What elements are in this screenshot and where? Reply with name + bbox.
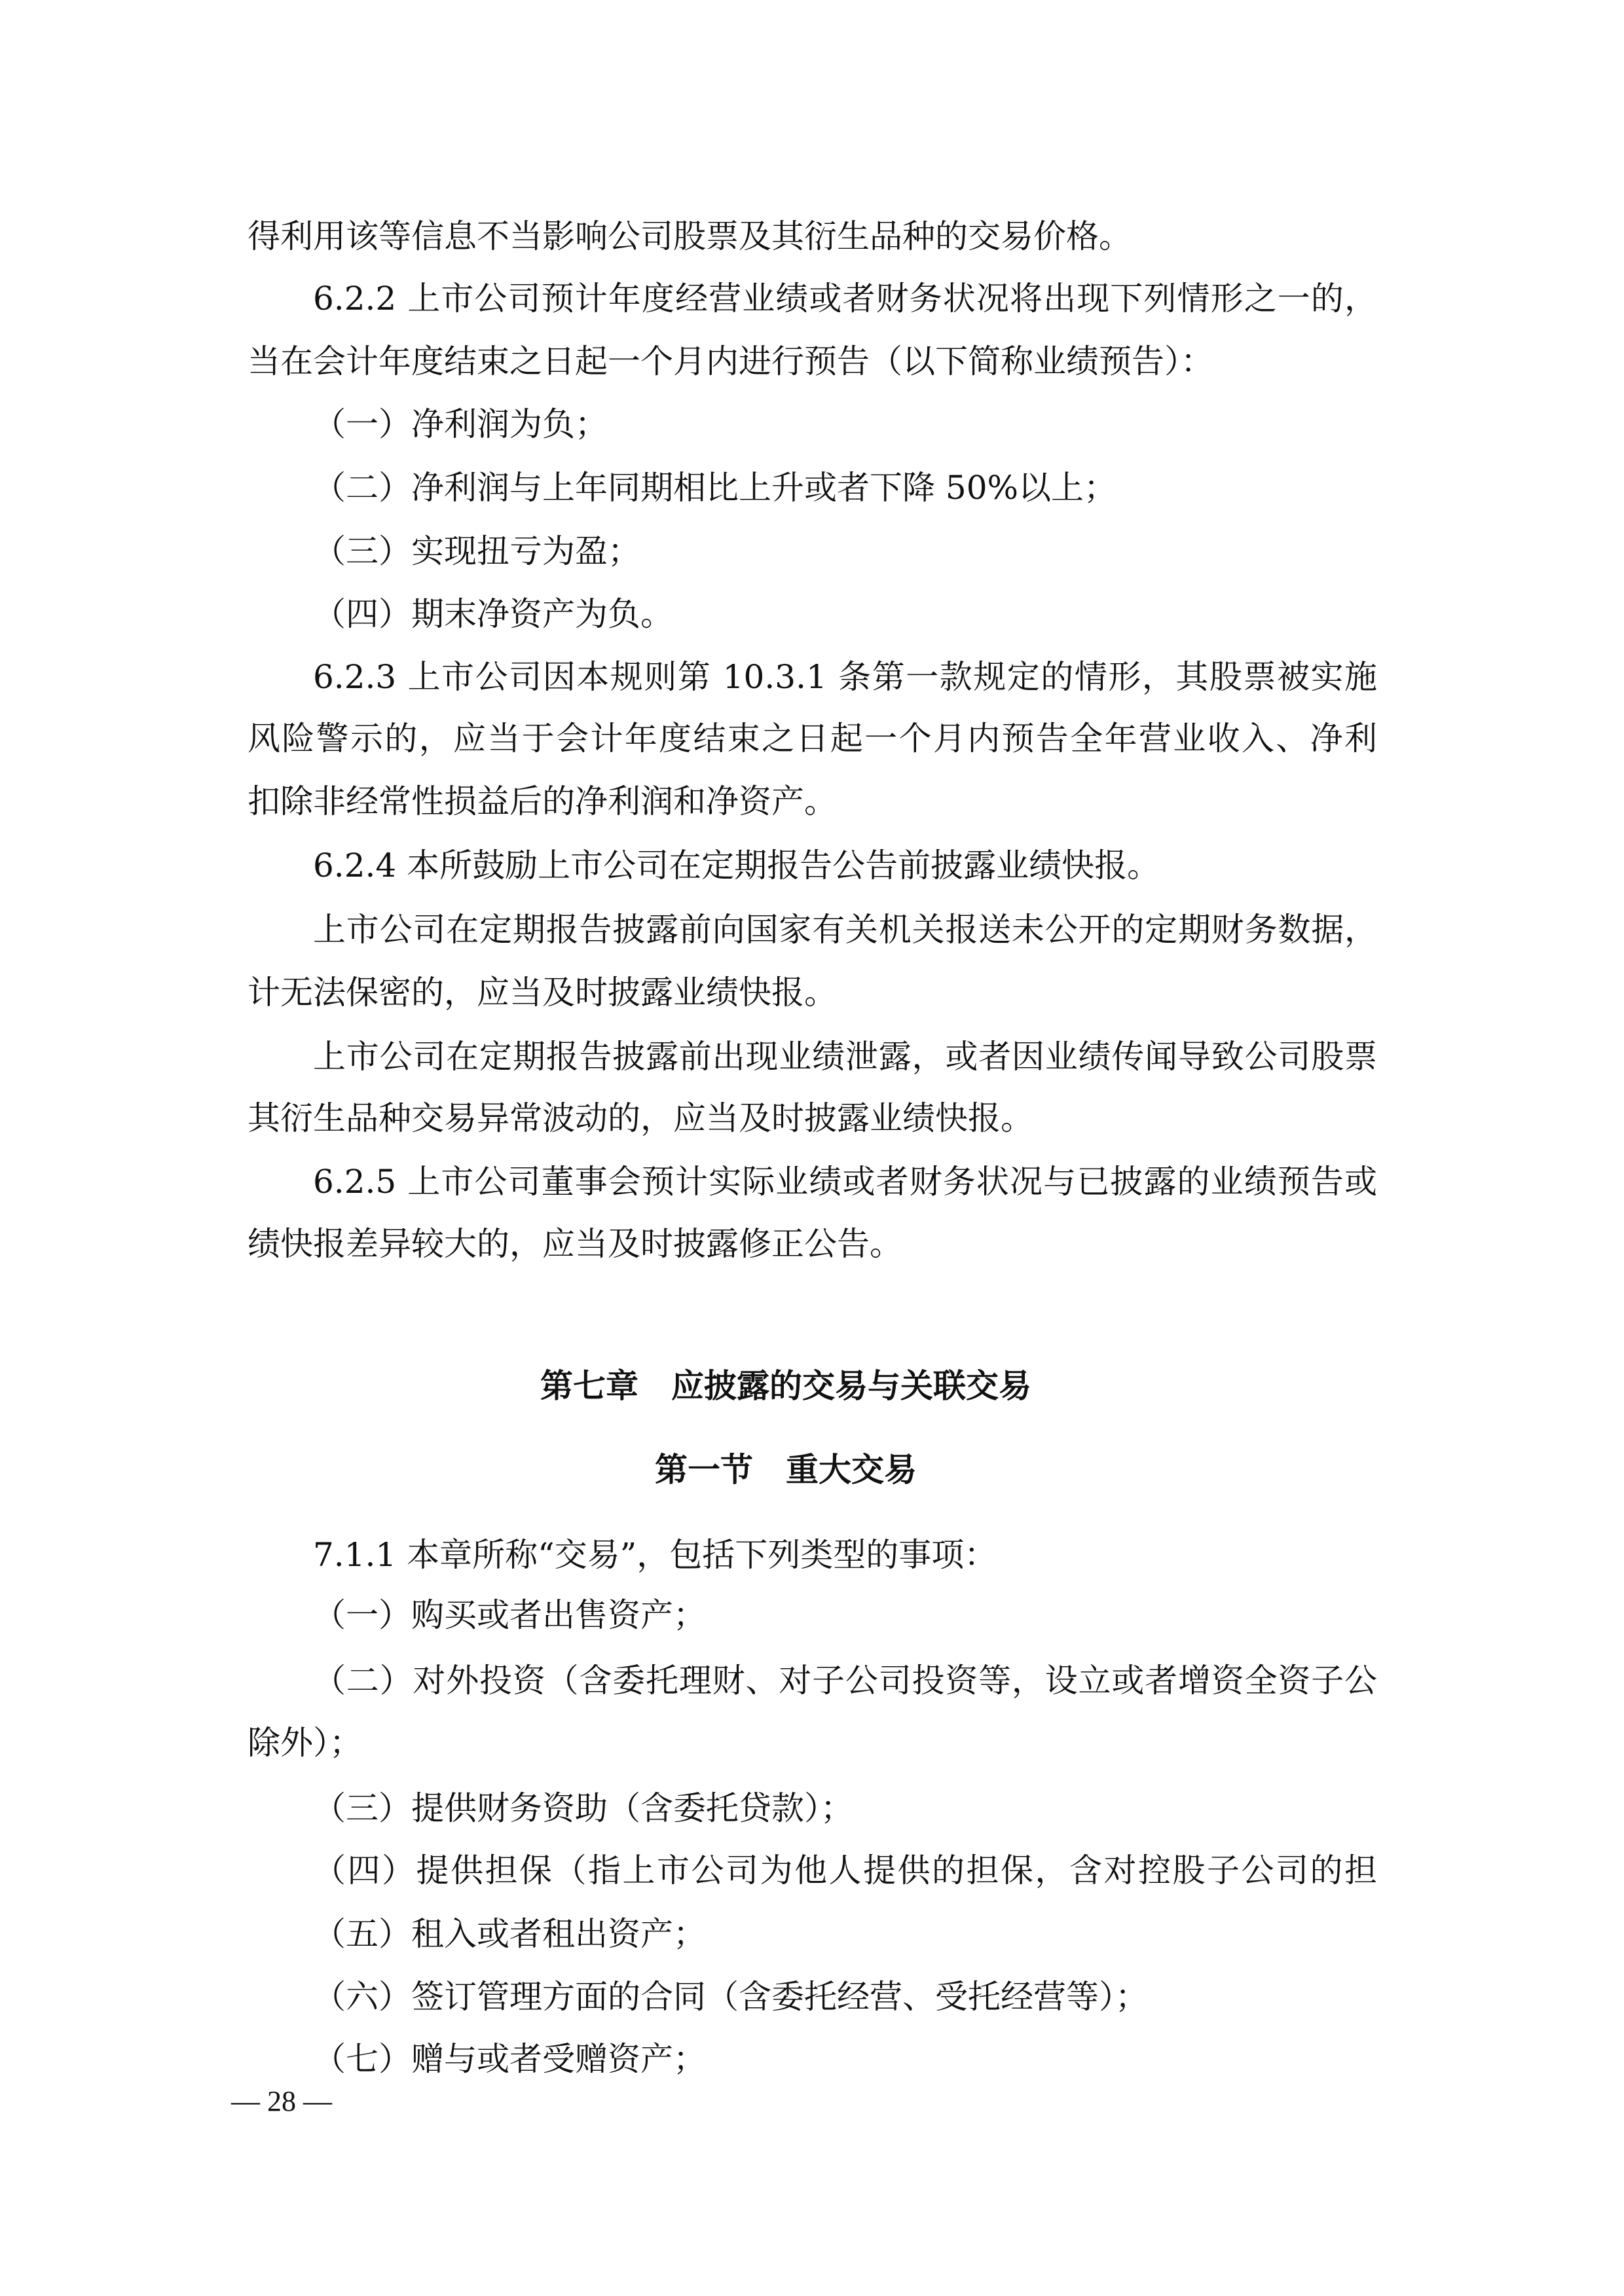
article-6-2-5-line: 6.2.5 上市公司董事会预计实际业绩或者财务状况与已披露的业绩预告或业 <box>313 1159 1377 1205</box>
paragraph-line: 上市公司在定期报告披露前向国家有关机关报送未公开的定期财务数据，预 <box>313 907 1377 953</box>
list-item-continuation: 除外）； <box>248 1720 1377 1766</box>
list-item: （二）净利润与上年同期相比上升或者下降 50%以上； <box>313 465 1377 511</box>
list-item: （六）签订管理方面的合同（含委托经营、受托经营等）； <box>313 1974 1377 2020</box>
article-6-2-2-line: 6.2.2 上市公司预计年度经营业绩或者财务状况将出现下列情形之一的，应 <box>313 276 1377 321</box>
list-item: （一）购买或者出售资产； <box>313 1592 1377 1638</box>
chapter-heading: 第七章 应披露的交易与关联交易 <box>0 1363 1598 1409</box>
article-6-2-3-line: 6.2.3 上市公司因本规则第 10.3.1 条第一款规定的情形，其股票被实施退… <box>313 654 1377 700</box>
document-page: 得利用该等信息不当影响公司股票及其衍生品种的交易价格。 6.2.2 上市公司预计… <box>0 0 1624 2296</box>
section-heading: 第一节 重大交易 <box>0 1447 1598 1493</box>
paragraph-line: 当在会计年度结束之日起一个月内进行预告（以下简称业绩预告）： <box>248 338 1377 384</box>
list-item: （二）对外投资（含委托理财、对子公司投资等，设立或者增资全资子公司 <box>313 1658 1377 1704</box>
list-item: （三）实现扭亏为盈； <box>313 528 1377 574</box>
article-6-2-4-line: 6.2.4 本所鼓励上市公司在定期报告公告前披露业绩快报。 <box>313 843 1377 888</box>
article-7-1-1-line: 7.1.1 本章所称“交易”，包括下列类型的事项： <box>313 1532 1377 1578</box>
paragraph-line: 得利用该等信息不当影响公司股票及其衍生品种的交易价格。 <box>248 213 1377 259</box>
list-item: （七）赠与或者受赠资产； <box>313 2036 1377 2082</box>
list-item: （四）期末净资产为负。 <box>313 591 1377 637</box>
paragraph-line: 绩快报差异较大的，应当及时披露修正公告。 <box>248 1221 1377 1267</box>
page-number: — 28 — <box>231 2082 332 2121</box>
list-item: （三）提供财务资助（含委托贷款）； <box>313 1785 1377 1831</box>
list-item: （五）租入或者租出资产； <box>313 1911 1377 1957</box>
paragraph-line: 其衍生品种交易异常波动的，应当及时披露业绩快报。 <box>248 1095 1377 1141</box>
paragraph-line: 风险警示的，应当于会计年度结束之日起一个月内预告全年营业收入、净利润、 <box>248 716 1377 761</box>
paragraph-line: 上市公司在定期报告披露前出现业绩泄露，或者因业绩传闻导致公司股票及 <box>313 1034 1377 1080</box>
list-item: （一）净利润为负； <box>313 401 1377 447</box>
paragraph-line: 扣除非经常性损益后的净利润和净资产。 <box>248 778 1377 824</box>
list-item: （四）提供担保（指上市公司为他人提供的担保，含对控股子公司的担保）； <box>313 1848 1377 1893</box>
paragraph-line: 计无法保密的，应当及时披露业绩快报。 <box>248 970 1377 1015</box>
